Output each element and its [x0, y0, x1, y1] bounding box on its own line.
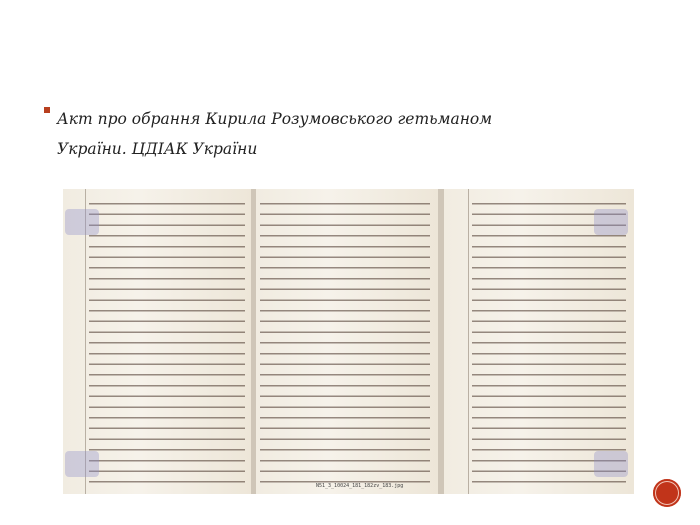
caption-line-1: Акт про обрання Кирила Розумовського гет…	[57, 104, 492, 134]
slide-caption: Акт про обрання Кирила Розумовського гет…	[57, 104, 492, 164]
document-page-right	[444, 189, 634, 494]
square-bullet-icon	[44, 107, 50, 113]
slide-nav-button[interactable]	[653, 479, 681, 507]
document-page-left	[63, 189, 253, 494]
caption-line-2: України. ЦДІАК України	[57, 134, 492, 164]
archival-document-image: N51_3_10024_181_182zv_183.jpg	[63, 189, 634, 494]
image-filename: N51_3_10024_181_182zv_183.jpg	[316, 483, 403, 489]
document-page-middle: N51_3_10024_181_182zv_183.jpg	[256, 189, 438, 494]
